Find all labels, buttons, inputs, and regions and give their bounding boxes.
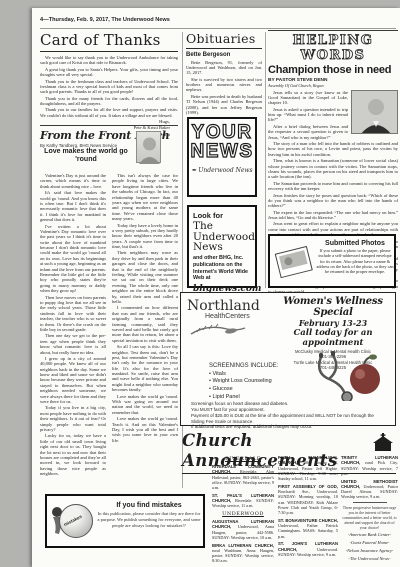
wellness-dates: February 13-23 — [271, 318, 395, 328]
front-porch-headline: Love makes the world go 'round — [40, 148, 132, 164]
front-porch-column: From the Front Porch By Kathy Tandberg, … — [40, 129, 178, 489]
church-listing: ST. JOHN'S LUTHERAN CHURCH, Underwood. S… — [278, 541, 338, 557]
pen-icon: ✒ — [191, 167, 196, 174]
church-icon — [372, 433, 394, 456]
paragraph: Lucky for us, today we have a little of … — [40, 433, 106, 476]
paragraph: We would like to say thank you to the Un… — [40, 55, 178, 66]
northland-brand-sub: HealthCenters — [205, 313, 273, 320]
paragraph: Today they have a lovely home in a very … — [112, 223, 178, 250]
sponsor-note: These progressive businesses urge you in… — [341, 506, 398, 531]
church-listing: FAITH EVANGELICAL CHURCH, 406 County 14,… — [278, 455, 338, 481]
wheat-icon — [187, 320, 247, 338]
paragraph: Thank you to the freshman class and teac… — [40, 79, 178, 95]
paragraph: It's said that love makes the world go '… — [40, 190, 106, 222]
look-for-body: and other BHG, Inc. publications on the … — [193, 255, 251, 282]
paragraph: So all I can say is this: Love thy neigh… — [112, 344, 178, 393]
church-listing: UNITED METHODIST CHURCH, Underwood, Past… — [341, 479, 398, 500]
paragraph: Then, what is known is a Samaritan (some… — [268, 158, 398, 180]
screening-item: Glucose — [209, 386, 301, 394]
mistakes-body: In this publication, please consider tha… — [97, 511, 201, 529]
screenings-label: SCREENINGS INCLUDE: — [209, 363, 301, 369]
paragraph: Jesus finishes the story he poses and qu… — [268, 193, 398, 209]
paragraph: Thank you to the many friends for the ca… — [40, 96, 178, 107]
church-listing: AUGUSTANA LUTHERAN CHURCH, Underwood, An… — [212, 519, 274, 540]
sponsor-name: -Goetz Funeral Home- — [341, 539, 398, 547]
sponsor-name: -American Bank Center- — [341, 531, 398, 539]
paragraph: I commented on how different that was an… — [112, 305, 178, 343]
obituaries-section: Obituaries Bette Bergeson Bette Bergeson… — [186, 31, 262, 116]
your-news-word2: NEWS — [189, 143, 255, 162]
your-news-ad: YOUR NEWS ✒ Underwood News — [187, 117, 257, 197]
card-of-thanks-section: Card of Thanks We would like to say than… — [40, 31, 178, 138]
sponsor-list: -American Bank Center--Goetz Funeral Hom… — [341, 531, 398, 563]
paragraph: Love makes the world go 'round. Teach it… — [112, 416, 178, 443]
newspaper-page-scan: { "page": { "header": "4—Thursday, Feb. … — [0, 0, 400, 567]
submitted-photos-body: If you submit a photo to the paper, plea… — [316, 248, 394, 275]
paragraph: The expert in the law responded: “The on… — [268, 210, 398, 221]
paragraph: Today if you live in a big city, most pe… — [40, 405, 106, 432]
stethoscope-apple-icon — [311, 351, 389, 401]
paragraph: This isn't always the case for people li… — [112, 173, 178, 222]
sponsor-name: -Nelson Insurance Agency- — [341, 547, 398, 555]
ball-label: mistakes — [63, 514, 83, 527]
submitted-photos-title: Submitted Photos — [316, 240, 394, 247]
helping-words-kicker: HELPING WORDS — [268, 30, 398, 63]
sponsor-name: -The Underwood News- — [341, 555, 398, 563]
church-listing: ST. BONAVENTURE CHURCH, Underwood, Fathe… — [278, 518, 338, 539]
paragraph: Valentine's Day is just around the corne… — [40, 173, 106, 189]
column-divider — [265, 32, 266, 288]
paragraph: The story of a man who fell into the han… — [268, 141, 398, 157]
helping-words-org: Assembly Of God Church, Regan — [268, 83, 398, 88]
church-column-area: TRINITY LUTHERAN CHURCH, rural Pick City… — [341, 455, 398, 567]
church-listing: RIVERDALE COMMUNITY CHURCH, Riverdale, A… — [212, 464, 274, 490]
note-line: If additional tests are required, additi… — [191, 424, 387, 430]
northland-brand: Northland — [187, 298, 273, 314]
note-line: Payment of $25.00 is DUE at the time of … — [191, 413, 387, 425]
church-column-underwood: FAITH EVANGELICAL CHURCH, 406 County 14,… — [278, 455, 338, 567]
paragraph: I've written a lot about Valentine's Day… — [40, 224, 106, 294]
obituary-body: Bette Bergeson, 91, formerly of Underwoo… — [186, 60, 262, 116]
paragraph: A great big thank you to Santa's Helpers… — [40, 67, 178, 78]
paragraph: Then one day we get to the pre-teen age … — [40, 333, 106, 355]
church-column-riverdale: RIVERDALE RIVERDALE COMMUNITY CHURCH, Ri… — [212, 455, 274, 567]
section-rule — [40, 125, 178, 126]
mistakes-title: If you find mistakes — [97, 502, 201, 509]
portrait-icon — [352, 91, 398, 134]
church-listing: ST. PAUL'S LUTHERAN CHURCH, Riverdale. S… — [212, 493, 274, 509]
city-header: UNDERWOOD — [212, 511, 274, 517]
city-header: RIVERDALE — [212, 456, 274, 462]
screening-item: Vitals — [209, 371, 301, 379]
mistakes-ball-icon: mistakes — [59, 504, 93, 538]
portrait-icon — [137, 132, 162, 164]
page-header: 4—Thursday, Feb. 9, 2017, The Underwood … — [40, 17, 396, 23]
paragraph: The Samaritan proceeds to nurse him and … — [268, 181, 398, 192]
paragraph: Then love moves on from parents to puppy… — [40, 295, 106, 333]
mistakes-notice-ad: mistakes If you find mistakes In this pu… — [45, 494, 205, 548]
paragraph: She is survived by two sisters and two b… — [186, 77, 262, 93]
paragraph: Their neighbors may wave as they drive b… — [112, 250, 178, 304]
paragraph: Bette was preceded in death by husband T… — [186, 94, 262, 116]
helping-words-headline: Champion those in need — [268, 64, 398, 76]
paragraph: Love makes the world go 'round. With war… — [112, 394, 178, 416]
wellness-cta: Call today for an appointment — [271, 328, 395, 348]
look-for-kicker: Look for — [193, 211, 251, 220]
look-for-title: The Underwood News — [193, 221, 251, 253]
church-listing: BIRKA LUTHERAN CHURCH, rural Washburn, A… — [212, 543, 274, 564]
church-listing: FIRST ASSEMBLY OF GOD, Borchardt Ave., U… — [278, 484, 338, 516]
obituary-name: Bette Bergeson — [186, 52, 262, 58]
divider-rule — [353, 502, 387, 503]
screening-item: Weight Loss Counseling — [209, 378, 301, 386]
northland-health-ad: Northland HealthCenters Women's Wellness… — [180, 292, 396, 426]
ad-fine-print: Screenings focus on heart disease and di… — [191, 401, 387, 430]
church-listing: TRINITY LUTHERAN CHURCH, rural Pick City… — [341, 455, 398, 476]
front-porch-body: Valentine's Day is just around the corne… — [40, 173, 178, 487]
look-for-ad: Look for The Underwood News and other BH… — [187, 205, 257, 288]
card-of-thanks-body: We would like to say thank you to the Un… — [40, 55, 178, 118]
obituaries-title: Obituaries — [186, 31, 262, 49]
paragraph: Thank you to our families for all the lo… — [40, 107, 178, 118]
submitted-photos-notice: Submitted Photos If you submit a photo t… — [268, 234, 396, 288]
paragraph: Bette Bergeson, 91, formerly of Underwoo… — [186, 60, 262, 76]
columnist-photo — [136, 131, 161, 163]
photo-stack-icon — [274, 244, 314, 282]
paragraph: I grew up in a city of around 40,000 peo… — [40, 356, 106, 405]
underwood-news-logo: ✒ Underwood News — [189, 167, 255, 174]
card-of-thanks-title: Card of Thanks — [40, 31, 178, 52]
header-rule — [40, 28, 396, 29]
pastor-photo — [351, 90, 398, 134]
your-news-word1: YOUR — [189, 124, 255, 143]
wellness-special-title: Women's Wellness Special — [271, 296, 395, 318]
